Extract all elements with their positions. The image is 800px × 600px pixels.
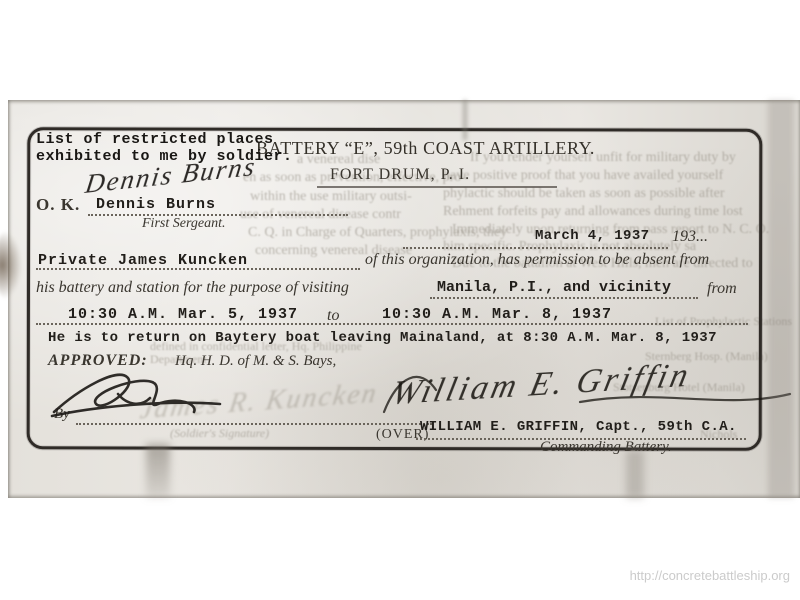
to-label: to	[327, 307, 339, 325]
date-printed-year: 193...	[672, 228, 708, 246]
body-line2-printed: his battery and station for the purpose …	[36, 279, 349, 297]
restricted-places-stamp-line1: List of restricted places	[36, 131, 274, 148]
depart-time-typed: 10:30 A.M. Mar. 5, 1937	[68, 306, 298, 323]
times-dotted-line	[36, 323, 748, 325]
ok-typed-name: Dennis Burns	[96, 196, 216, 213]
return-time-typed: 10:30 A.M. Mar. 8, 1937	[382, 306, 612, 323]
destination-dotted-line	[430, 297, 698, 299]
from-label: from	[707, 280, 737, 298]
return-instruction-typed: He is to return on Baytery boat leaving …	[48, 330, 717, 346]
soldier-name-typed: Private James Kuncken	[38, 252, 248, 269]
body-line1-printed: of this organization, has permission to …	[365, 251, 709, 269]
fort-drum-subtitle: FORT DRUM, P. I.	[330, 166, 470, 184]
header-rule	[317, 186, 557, 188]
first-sergeant-title: First Sergeant.	[142, 216, 225, 232]
watermark-url: http://concretebattleship.org	[595, 568, 790, 583]
by-signature-scrawl	[48, 360, 228, 430]
officer-title-printed: Commanding Battery.	[540, 439, 672, 456]
date-typed: March 4, 1937	[535, 228, 649, 244]
ok-label: O. K.	[36, 195, 80, 215]
screenshot-root: a venereal dise en as soon as prevention…	[0, 0, 800, 600]
battery-header-title: BATTERY “E”, 59th COAST ARTILLERY.	[256, 138, 595, 159]
date-dotted-line	[403, 247, 668, 249]
destination-typed: Manila, P.I., and vicinity	[437, 279, 671, 296]
